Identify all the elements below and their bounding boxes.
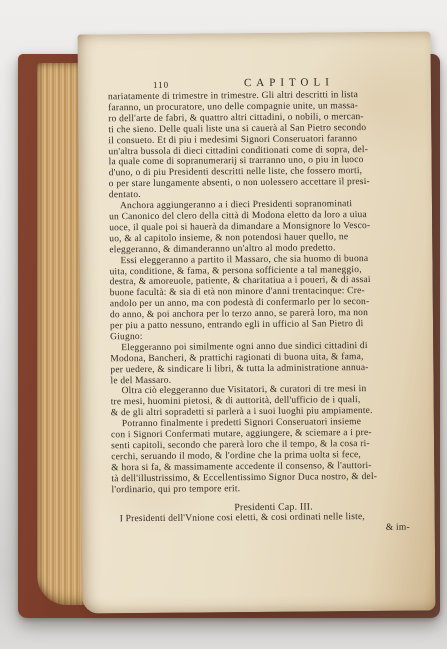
book-photo-scene: 110 CAPITOLI nariatamente di trimestre i… — [0, 0, 447, 649]
paragraph-5: Oltra ciò eleggeranno due Visitatori, & … — [111, 384, 435, 420]
paragraph-2: Anchora aggiungeranno a i dieci Presiden… — [109, 199, 433, 256]
book-open-page: 110 CAPITOLI nariatamente di trimestre i… — [77, 31, 435, 613]
body-text: nariatamente di trimestre in trimestre. … — [108, 89, 436, 536]
running-title: CAPITOLI — [108, 75, 430, 90]
paragraph-1: nariatamente di trimestre in trimestre. … — [108, 89, 433, 201]
paragraph-4: Eleggeranno poi similmente ogni anno due… — [110, 340, 434, 386]
paragraph-6: Potranno finalmente i predetti Signori C… — [111, 417, 436, 496]
page-surface: 110 CAPITOLI nariatamente di trimestre i… — [77, 31, 435, 613]
paragraph-3: Essi eleggeranno a partito il Massaro, c… — [109, 253, 434, 343]
